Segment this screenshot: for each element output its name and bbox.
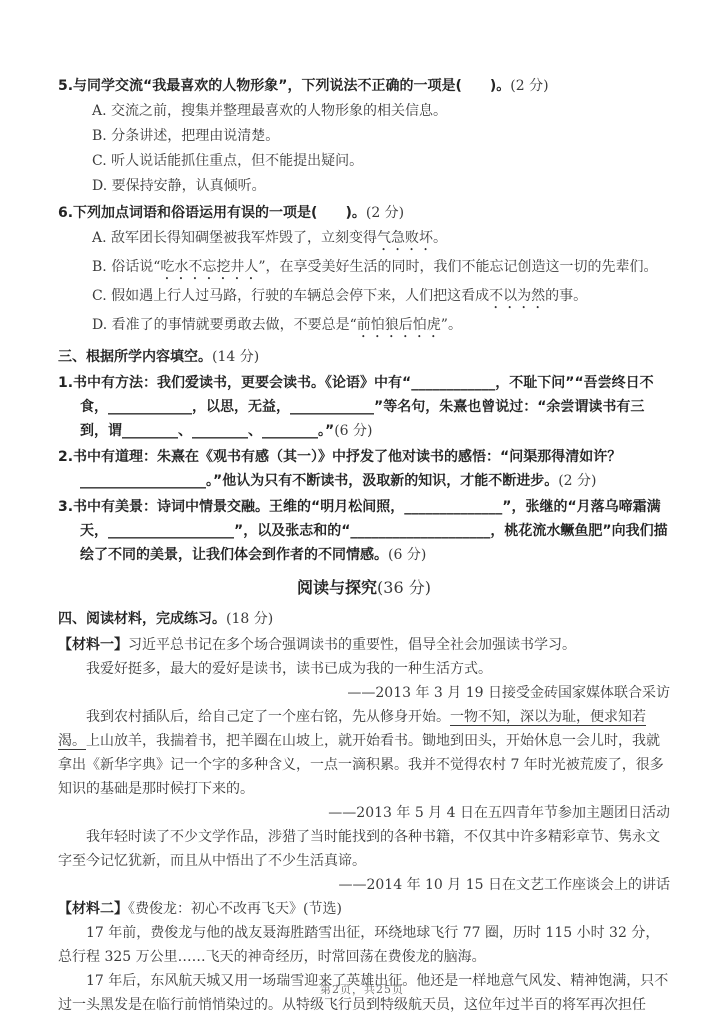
option-c-pre: C. 假如遇上行人过马路，行驶的车辆总会停下来，人们把这看成 [92, 288, 489, 304]
option-c-emphasized-phrase: 不以为然 [489, 288, 545, 304]
exam-paper-page: 5.与同学交流“我最喜欢的人物形象”，下列说法不正确的一项是( )。(2 分) … [0, 0, 724, 1024]
material-2-paragraph-1: 17 年前，费俊龙与他的战友聂海胜踏雪出征，环绕地球飞行 77 圈，历时 115… [58, 921, 670, 969]
banner-score: (36 分) [377, 578, 431, 597]
question-5-stem: 5.与同学交流“我最喜欢的人物形象”，下列说法不正确的一项是( )。(2 分) [58, 74, 670, 98]
fill-item-3: 3.书中有美景：诗词中情景交融。王维的“明月松间照，______________… [58, 495, 670, 567]
question-6-score: (2 分) [366, 205, 404, 221]
material-1-intro-text: 习近平总书记在多个场合强调读书的重要性，倡导全社会加强读书学习。 [128, 637, 576, 653]
option-d-pre: D. 看准了的事情就要勇敢去做，不要总是“ [92, 317, 357, 333]
question-5-stem-text: 5.与同学交流“我最喜欢的人物形象”，下列说法不正确的一项是( )。 [58, 78, 510, 94]
page-content: 5.与同学交流“我最喜欢的人物形象”，下列说法不正确的一项是( )。(2 分) … [58, 74, 670, 1017]
material-1-quote-2: 我到农村插队后，给自己定了一个座右铭，先从修身开始。一物不知，深以为耻，便求知若… [58, 705, 670, 801]
question-6-option-a: A. 敌军团长得知碉堡被我军炸毁了，立刻变得气急败坏。 [58, 226, 670, 254]
option-d-post: ”。 [441, 317, 462, 333]
fill-item-2-text: 2.书中有道理：朱熹在《观书有感（其一）》中抒发了他对读书的感悟：“问渠那得清如… [58, 449, 621, 489]
fill-item-3-score: (6 分) [388, 547, 426, 563]
material-1-quote-3: 我年轻时读了不少文学作品，涉猎了当时能找到的各种书籍，不仅其中许多精彩章节、隽永… [58, 825, 670, 873]
option-b-pre: B. 俗话说“ [92, 259, 160, 275]
quote-2-post: 上山放羊，我揣着书，把羊圈在山坡上，就开始看书。锄地到田头，开始休息一会儿时，我… [58, 733, 664, 797]
section-4-score: (18 分) [226, 611, 273, 627]
option-b-emphasized-phrase: 吃水不忘挖井人 [160, 259, 258, 275]
section-3-heading: 三、根据所学内容填空。(14 分) [58, 345, 670, 369]
question-5-option-c: C. 听人说话能抓住重点，但不能提出疑问。 [58, 149, 670, 173]
question-6-stem-text: 6.下列加点词语和俗语运用有误的一项是( )。 [58, 205, 366, 221]
section-3-score: (14 分) [212, 349, 259, 365]
question-5-option-b: B. 分条讲述，把理由说清楚。 [58, 124, 670, 148]
question-5: 5.与同学交流“我最喜欢的人物形象”，下列说法不正确的一项是( )。(2 分) … [58, 74, 670, 198]
material-1-label: 【材料一】 [58, 637, 128, 653]
question-6-option-c: C. 假如遇上行人过马路，行驶的车辆总会停下来，人们把这看成不以为然的事。 [58, 284, 670, 312]
question-5-score: (2 分) [510, 78, 548, 94]
question-6-option-b: B. 俗话说“吃水不忘挖井人”，在享受美好生活的同时，我们不能忘记创造这一切的先… [58, 255, 670, 283]
option-b-post: ”，在享受美好生活的同时，我们不能忘记创造这一切的先辈们。 [258, 259, 657, 275]
question-5-option-d: D. 要保持安静，认真倾听。 [58, 174, 670, 198]
question-5-option-a: A. 交流之前，搜集并整理最喜欢的人物形象的相关信息。 [58, 99, 670, 123]
question-6-stem: 6.下列加点词语和俗语运用有误的一项是( )。(2 分) [58, 201, 670, 225]
fill-item-3-text: 3.书中有美景：诗词中情景交融。王维的“明月松间照，______________… [58, 499, 668, 563]
quote-2-pre: 我到农村插队后，给自己定了一个座右铭，先从修身开始。 [86, 709, 450, 725]
question-6-option-d: D. 看准了的事情就要勇敢去做，不要总是“前怕狼后怕虎”。 [58, 313, 670, 341]
material-1-quote-1: 我爱好挺多，最大的爱好是读书，读书已成为我的一种生活方式。 [58, 657, 670, 681]
banner-title: 阅读与探究 [297, 578, 377, 597]
section-3-heading-text: 三、根据所学内容填空。 [58, 349, 212, 365]
section-4-reading-materials: 四、阅读材料，完成练习。(18 分) 【材料一】习近平总书记在多个场合强调读书的… [58, 607, 670, 1017]
material-1-intro: 【材料一】习近平总书记在多个场合强调读书的重要性，倡导全社会加强读书学习。 [58, 633, 670, 657]
material-1-source-3: ——2014 年 10 月 15 日在文艺工作座谈会上的讲话 [58, 873, 670, 897]
option-a-pre: A. 敌军团长得知碉堡被我军炸毁了，立刻变得 [92, 230, 377, 246]
section-3-fill-in-blanks: 三、根据所学内容填空。(14 分) 1.书中有方法：我们爱读书，更要会读书。《论… [58, 345, 670, 567]
question-6: 6.下列加点词语和俗语运用有误的一项是( )。(2 分) A. 敌军团长得知碉堡… [58, 201, 670, 341]
material-1-source-2: ——2013 年 5 月 4 日在五四青年节参加主题团日活动 [58, 801, 670, 825]
option-a-post: 。 [433, 230, 447, 246]
fill-item-2-score: (2 分) [558, 473, 596, 489]
material-2-title: 《费俊龙：初心不改再飞天》(节选) [128, 901, 342, 917]
material-1-source-1: ——2013 年 3 月 19 日接受金砖国家媒体联合采访 [58, 681, 670, 705]
fill-item-1-score: (6 分) [334, 423, 372, 439]
option-d-emphasized-phrase: 前怕狼后怕虎 [357, 317, 441, 333]
reading-section-banner: 阅读与探究(36 分) [58, 576, 670, 600]
option-a-emphasized-phrase: 气急败坏 [377, 230, 433, 246]
material-2-label: 【材料二】 [58, 901, 128, 917]
section-4-heading-text: 四、阅读材料，完成练习。 [58, 611, 226, 627]
page-number-footer: 第2页，共25页 [0, 978, 724, 1002]
fill-item-2: 2.书中有道理：朱熹在《观书有感（其一）》中抒发了他对读书的感悟：“问渠那得清如… [58, 445, 670, 493]
material-2-title-line: 【材料二】《费俊龙：初心不改再飞天》(节选) [58, 897, 670, 921]
option-c-post: 的事。 [545, 288, 587, 304]
section-4-heading: 四、阅读材料，完成练习。(18 分) [58, 607, 670, 631]
fill-item-1: 1.书中有方法：我们爱读书，更要会读书。《论语》中有“____________，… [58, 371, 670, 443]
